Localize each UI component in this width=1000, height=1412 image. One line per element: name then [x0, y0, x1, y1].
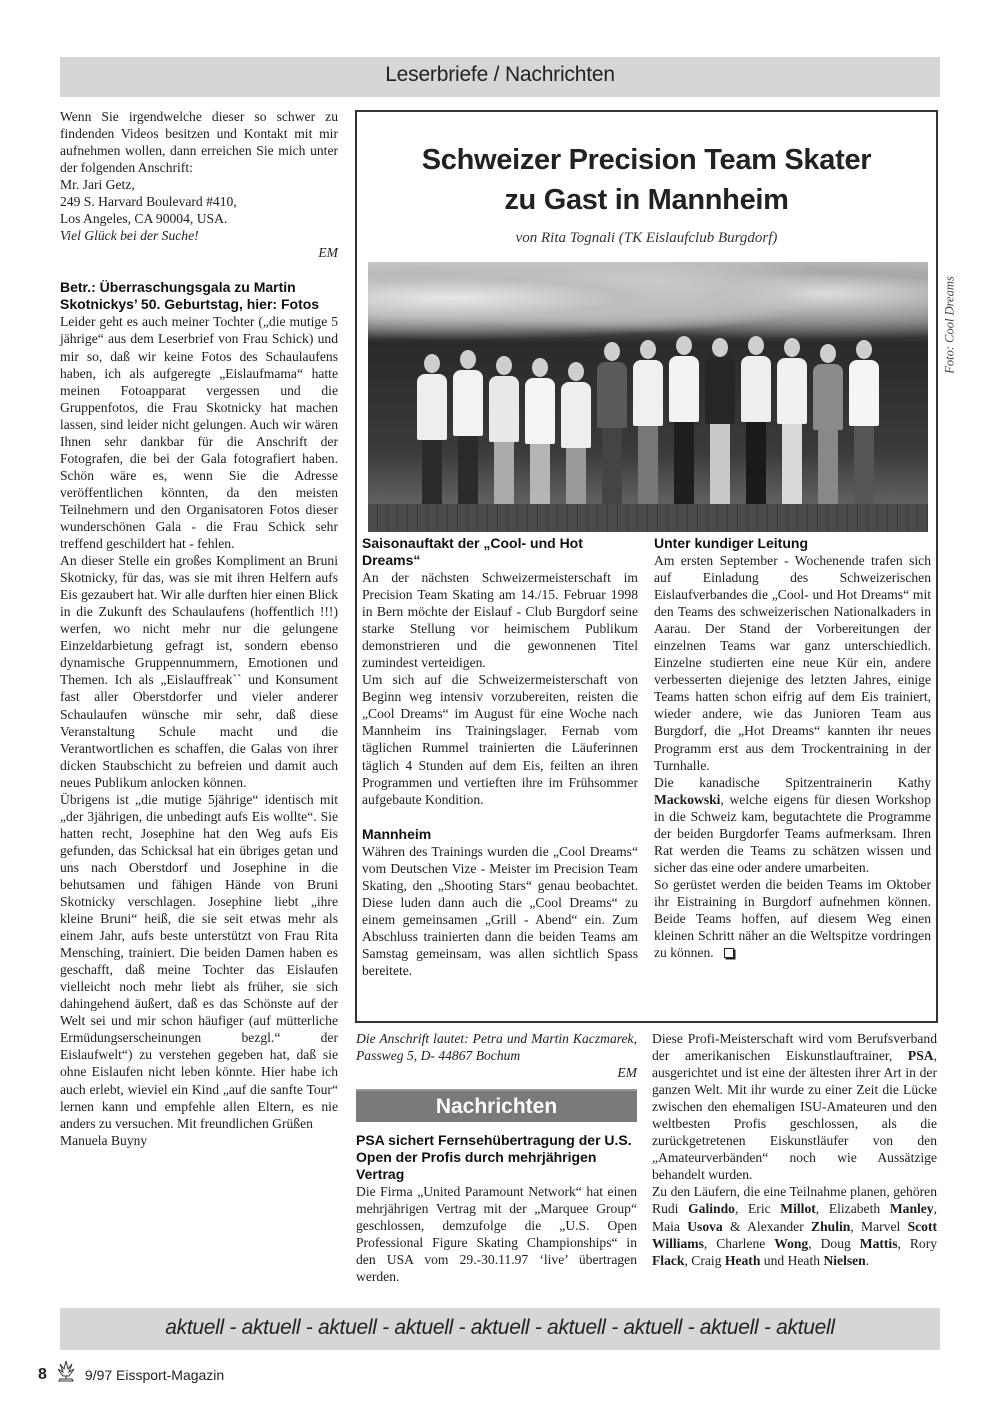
- magazine-issue: 9/97 Eissport-Magazin: [85, 1367, 224, 1383]
- skater-name: Millot: [780, 1201, 816, 1216]
- skater-name: Flack: [652, 1253, 684, 1268]
- psa-name: PSA: [908, 1048, 934, 1063]
- article-column-left: Saisonauftakt der „Cool- und Hot Dreams“…: [362, 535, 638, 979]
- trainer-name: Mackowski: [654, 792, 720, 807]
- skater-name: Nielsen: [823, 1253, 865, 1268]
- letter2-paragraph: An dieser Stelle ein großes Kompliment a…: [60, 552, 338, 791]
- news-heading: PSA sichert Fernsehübertragung der U.S. …: [356, 1132, 637, 1183]
- photo-people: [408, 302, 888, 518]
- skater-name: Heath: [725, 1253, 761, 1268]
- ticker-text: aktuell - aktuell - aktuell - aktuell - …: [60, 1316, 940, 1340]
- skater-name: Zhulin: [811, 1219, 850, 1234]
- page-number: 8: [38, 1366, 47, 1384]
- end-of-article-icon: [724, 948, 734, 958]
- address-line-1: Mr. Jari Getz,: [60, 176, 338, 193]
- letter1-signature: EM: [60, 244, 338, 261]
- letters-column: Wenn Sie irgendwelche dieser so schwer z…: [60, 108, 338, 1149]
- section-title: Leserbriefe / Nachrichten: [60, 63, 940, 87]
- below-box-left-column: Die Anschrift lautet: Petra und Martin K…: [356, 1030, 637, 1285]
- page-footer: 8 9/97 Eissport-Magazin: [38, 1360, 224, 1389]
- letter2-heading: Betr.: Überraschungsgala zu Martin Skotn…: [60, 279, 338, 313]
- section-header-band: Leserbriefe / Nachrichten: [60, 57, 940, 97]
- letter1-closing: Viel Glück bei der Suche!: [60, 227, 338, 244]
- news-paragraph: Die Firma „United Paramount Network“ hat…: [356, 1183, 637, 1285]
- letter2-paragraph: Übrigens ist „die mutige 5jährige“ ident…: [60, 791, 338, 1132]
- address-note: Die Anschrift lautet: Petra und Martin K…: [356, 1030, 637, 1064]
- headline-line-2: zu Gast in Mannheim: [357, 180, 936, 220]
- headline-line-1: Schweizer Precision Team Skater: [357, 140, 936, 180]
- skater-name: Manley: [890, 1201, 934, 1216]
- skater-name: Mattis: [860, 1236, 898, 1251]
- article-column-right: Unter kundiger Leitung Am ersten Septemb…: [654, 535, 931, 961]
- article-paragraph: An der nächsten Schweizermeisterschaft i…: [362, 569, 638, 671]
- section-heading-mannheim: Mannheim: [362, 826, 638, 843]
- skaters-paragraph: Zu den Läufern, die eine Teilnahme plane…: [652, 1183, 937, 1268]
- psa-paragraph: Diese Profi-Meisterschaft wird vom Beruf…: [652, 1030, 937, 1183]
- letter2-author: Manuela Buyny: [60, 1132, 338, 1149]
- address-line-3: Los Angeles, CA 90004, USA.: [60, 210, 338, 227]
- section-heading-leitung: Unter kundiger Leitung: [654, 535, 931, 552]
- article-paragraph: Um sich auf die Schweizermeisterschaft v…: [362, 671, 638, 807]
- skater-name: Galindo: [688, 1201, 735, 1216]
- photo-ground: [368, 504, 928, 532]
- feature-headline: Schweizer Precision Team Skater zu Gast …: [357, 140, 936, 220]
- address-note-signature: EM: [356, 1064, 637, 1081]
- skater-name: Usova: [687, 1219, 723, 1234]
- trainer-paragraph: Die kanadische Spitzentrainerin Kathy Ma…: [654, 774, 931, 876]
- letter2-paragraph: Leider geht es auch meiner Tochter („die…: [60, 313, 338, 552]
- photo-credit: Foto: Cool Dreams: [943, 276, 958, 373]
- byline: von Rita Tognali (TK Eislaufclub Burgdor…: [357, 230, 936, 247]
- news-section-title: Nachrichten: [356, 1091, 637, 1123]
- article-paragraph: Am ersten September - Wochenende trafen …: [654, 552, 931, 774]
- ticker-band: aktuell - aktuell - aktuell - aktuell - …: [60, 1308, 940, 1350]
- section-heading-saisonauftakt: Saisonauftakt der „Cool- und Hot Dreams“: [362, 535, 638, 569]
- skater-logo-icon: [55, 1360, 77, 1389]
- below-box-right-column: Diese Profi-Meisterschaft wird vom Beruf…: [652, 1030, 937, 1269]
- news-section-band: Nachrichten: [356, 1089, 637, 1122]
- team-group-photo: [368, 262, 928, 532]
- skater-name: Wong: [774, 1236, 808, 1251]
- address-line-2: 249 S. Harvard Boulevard #410,: [60, 193, 338, 210]
- letter1-intro: Wenn Sie irgendwelche dieser so schwer z…: [60, 108, 338, 176]
- closing-paragraph: So gerüstet werden die beiden Teams im O…: [654, 876, 931, 961]
- article-paragraph: Währen des Trainings wurden die „Cool Dr…: [362, 843, 638, 979]
